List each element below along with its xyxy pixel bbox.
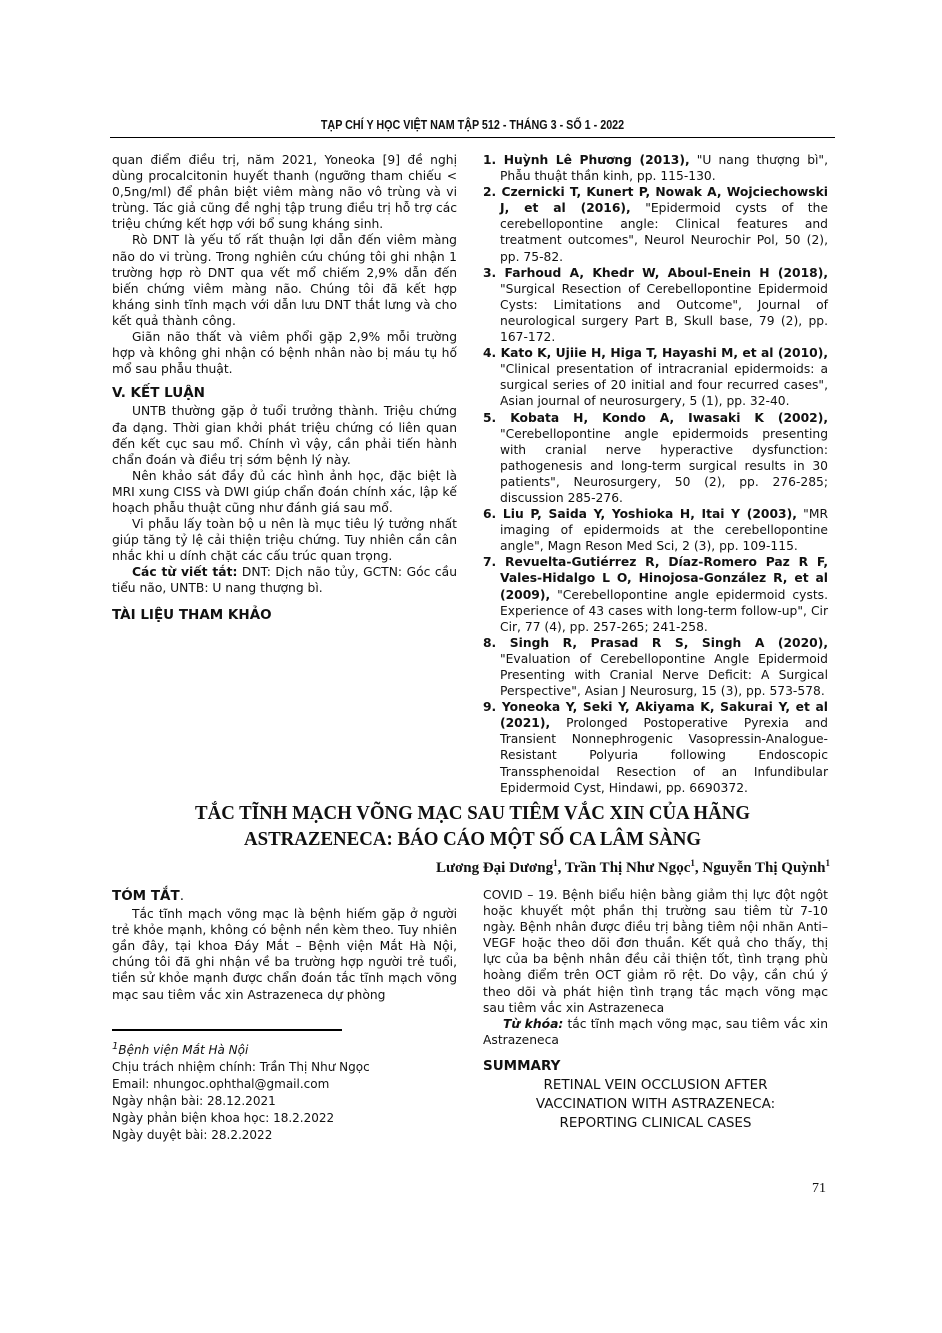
running-header: TẠP CHÍ Y HỌC VIỆT NAM TẬP 512 - THÁNG 3…	[161, 118, 785, 132]
reference-authors: Singh R, Prasad R S, Singh A (2020),	[510, 636, 828, 650]
body-paragraph: quan điểm điều trị, năm 2021, Yoneoka [9…	[112, 152, 457, 232]
page-number: 71	[812, 1181, 826, 1197]
abstract-left: TÓM TẮT. Tắc tĩnh mạch võng mạc là bệnh …	[112, 888, 457, 1003]
date-reviewed: Ngày phản biện khoa học: 18.2.2022	[112, 1110, 457, 1127]
author-name: Trần Thị Như Ngọc	[565, 860, 691, 876]
author-name: Nguyễn Thị Quỳnh	[702, 860, 825, 876]
conclusion-paragraph: UNTB thường gặp ở tuổi trưởng thành. Tri…	[112, 403, 457, 467]
reference-item: 6. Liu P, Saida Y, Yoshioka H, Itai Y (2…	[483, 506, 828, 554]
footnote-rule	[112, 1029, 342, 1031]
summary-heading: SUMMARY	[483, 1058, 828, 1074]
corresponding-author: Chịu trách nhiệm chính: Trần Thị Như Ngọ…	[112, 1059, 457, 1076]
reference-text: "Cerebellopontine angle epidermoid cysts…	[500, 588, 828, 634]
keywords: Từ khóa: tắc tĩnh mạch võng mạc, sau tiê…	[483, 1016, 828, 1048]
author-list: Lương Đại Dương1, Trần Thị Như Ngọc1, Ng…	[436, 858, 830, 877]
keywords-label: Từ khóa:	[503, 1017, 563, 1031]
conclusion-paragraph: Nên khảo sát đầy đủ các hình ảnh học, đặ…	[112, 468, 457, 516]
email: Email: nhungoc.ophthal@gmail.com	[112, 1076, 457, 1093]
body-paragraph: Giãn não thất và viêm phổi gặp 2,9% mỗi …	[112, 329, 457, 377]
date-received: Ngày nhận bài: 28.12.2021	[112, 1093, 457, 1110]
reference-text: Prolonged Postoperative Pyrexia and Tran…	[500, 716, 828, 794]
author-name: Lương Đại Dương	[436, 860, 553, 876]
reference-authors: Huỳnh Lê Phương (2013),	[504, 153, 690, 167]
references-list: 1. Huỳnh Lê Phương (2013), "U nang thượn…	[483, 152, 828, 796]
reference-text: "Evaluation of Cerebellopontine Angle Ep…	[500, 652, 828, 698]
summary-title: RETINAL VEIN OCCLUSION AFTER VACCINATION…	[483, 1076, 828, 1133]
reference-authors: Liu P, Saida Y, Yoshioka H, Itai Y (2003…	[503, 507, 797, 521]
section-heading-conclusion: V. KẾT LUẬN	[112, 385, 457, 401]
abstract-paragraph: COVID – 19. Bệnh biểu hiện bằng giảm thị…	[483, 887, 828, 1016]
reference-item: 8. Singh R, Prasad R S, Singh A (2020), …	[483, 635, 828, 699]
article-title-line: TẮC TĨNH MẠCH VÕNG MẠC SAU TIÊM VẮC XIN …	[139, 800, 806, 826]
affiliation: 1Bệnh viện Mắt Hà Nội	[112, 1038, 457, 1059]
abstract-heading: TÓM TẮT.	[112, 888, 457, 904]
reference-item: 3. Farhoud A, Khedr W, Aboul-Enein H (20…	[483, 265, 828, 345]
date-accepted: Ngày duyệt bài: 28.2.2022	[112, 1127, 457, 1144]
reference-authors: Farhoud A, Khedr W, Aboul-Enein H (2018)…	[505, 266, 828, 280]
abstract-right: COVID – 19. Bệnh biểu hiện bằng giảm thị…	[483, 887, 828, 1133]
journal-page: TẠP CHÍ Y HỌC VIỆT NAM TẬP 512 - THÁNG 3…	[0, 0, 942, 1333]
abbreviations-label: Các từ viết tắt:	[132, 565, 237, 579]
reference-item: 1. Huỳnh Lê Phương (2013), "U nang thượn…	[483, 152, 828, 184]
reference-item: 5. Kobata H, Kondo A, Iwasaki K (2002), …	[483, 410, 828, 507]
abstract-paragraph: Tắc tĩnh mạch võng mạc là bệnh hiếm gặp …	[112, 906, 457, 1003]
article-title-line: ASTRAZENECA: BÁO CÁO MỘT SỐ CA LÂM SÀNG	[139, 826, 806, 852]
reference-text: "Surgical Resection of Cerebellopontine …	[500, 282, 828, 344]
reference-item: 7. Revuelta-Gutiérrez R, Díaz-Romero Paz…	[483, 554, 828, 634]
left-column: quan điểm điều trị, năm 2021, Yoneoka [9…	[112, 152, 457, 625]
reference-item: 9. Yoneoka Y, Seki Y, Akiyama K, Sakurai…	[483, 699, 828, 796]
reference-text: "Cerebellopontine angle epidermoids pres…	[500, 427, 828, 505]
header-rule	[110, 137, 835, 138]
body-paragraph: Rò DNT là yếu tố rất thuận lợi dẫn đến v…	[112, 232, 457, 329]
reference-text: "Clinical presentation of intracranial e…	[500, 362, 828, 408]
reference-item: 4. Kato K, Ujiie H, Higa T, Hayashi M, e…	[483, 345, 828, 409]
reference-authors: Kato K, Ujiie H, Higa T, Hayashi M, et a…	[501, 346, 828, 360]
article-title: TẮC TĨNH MẠCH VÕNG MẠC SAU TIÊM VẮC XIN …	[139, 800, 806, 852]
reference-authors: Kobata H, Kondo A, Iwasaki K (2002),	[510, 411, 828, 425]
conclusion-paragraph: Vi phẫu lấy toàn bộ u nên là mục tiêu lý…	[112, 516, 457, 564]
footnote: 1Bệnh viện Mắt Hà Nội Chịu trách nhiệm c…	[112, 1038, 457, 1144]
section-heading-references: TÀI LIỆU THAM KHẢO	[112, 607, 457, 623]
reference-item: 2. Czernicki T, Kunert P, Nowak A, Wojci…	[483, 184, 828, 264]
abbreviations: Các từ viết tắt: DNT: Dịch não tủy, GCTN…	[112, 564, 457, 596]
